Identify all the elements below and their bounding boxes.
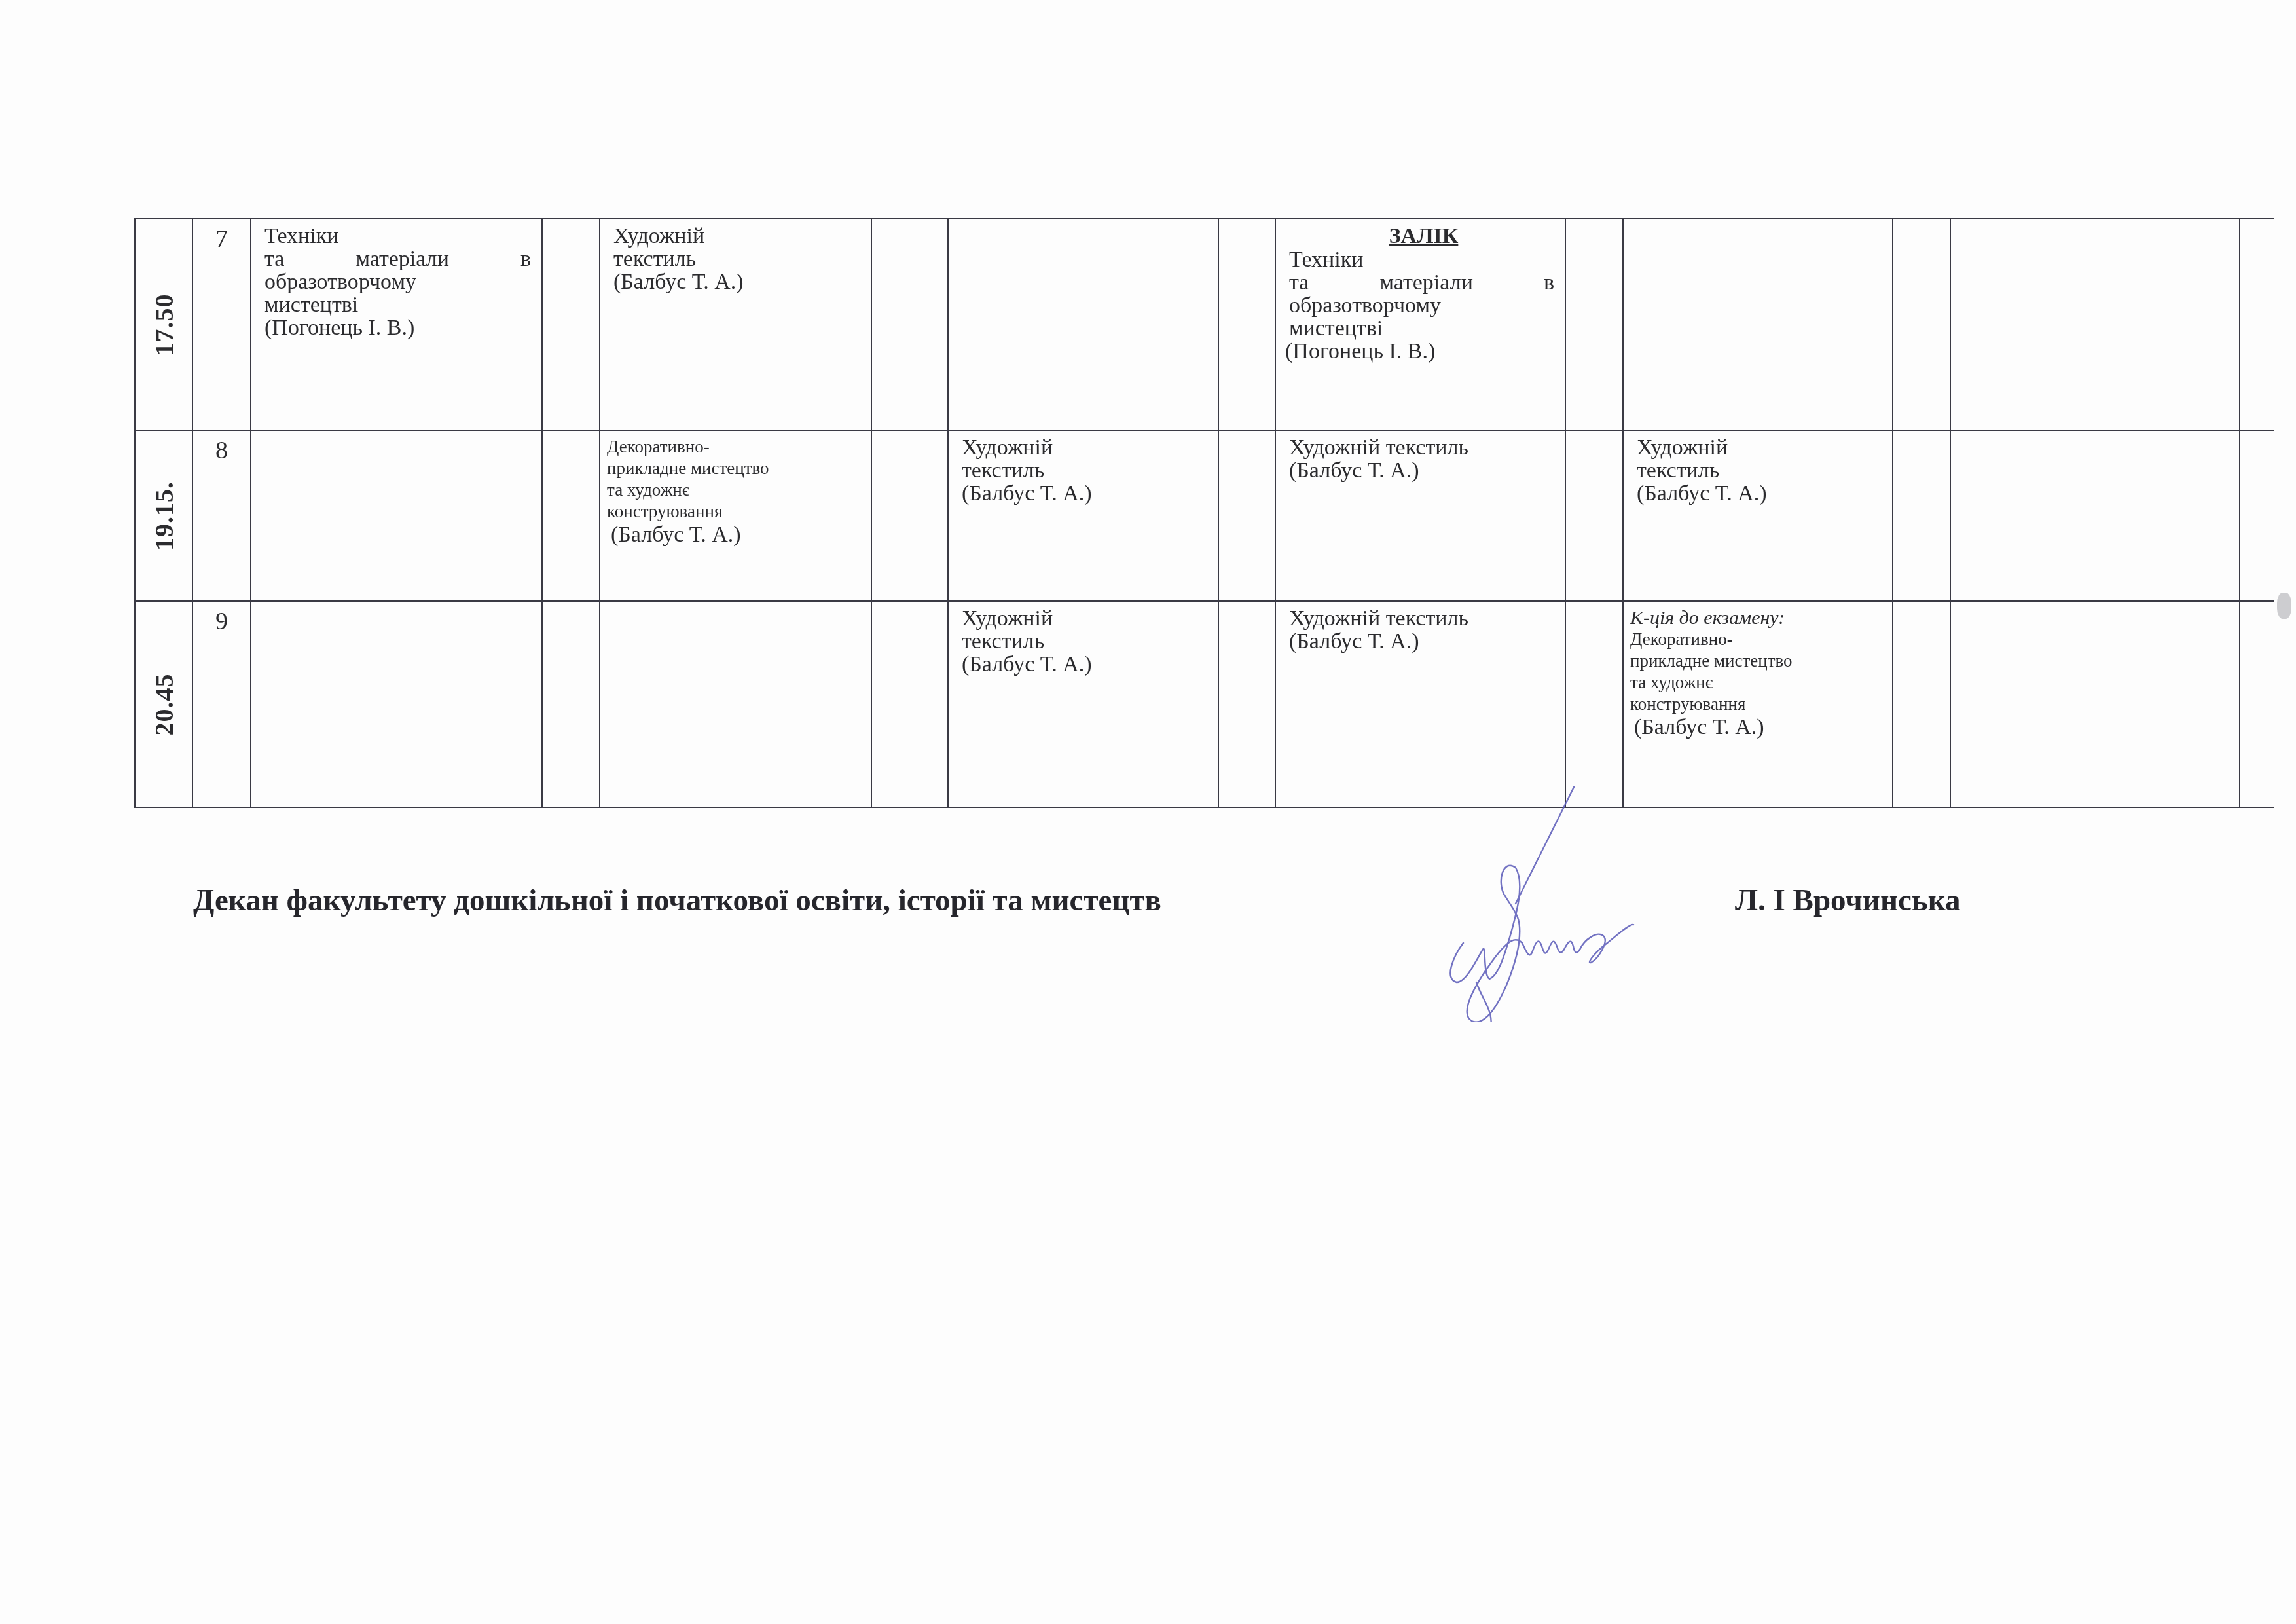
- lesson-number: 9: [192, 601, 251, 807]
- class-cell-consultation: К-ція до екзамену: Декоративно- прикладн…: [1623, 601, 1893, 807]
- empty-cell: [1218, 219, 1275, 430]
- lesson-number: 7: [192, 219, 251, 430]
- class-cell: Декоративно- прикладне мистецтво та худо…: [600, 430, 871, 601]
- table-row: 20.45 9 Художній текстиль (Балбус Т. А.)…: [135, 601, 2274, 807]
- consultation-note: К-ція до екзамену:: [1630, 607, 1886, 629]
- lesson-number: 8: [192, 430, 251, 601]
- class-cell: Художній текстиль (Балбус Т. А.): [600, 219, 871, 430]
- empty-cell: [1218, 430, 1275, 601]
- empty-cell: [1893, 601, 1950, 807]
- class-cell-empty: [1950, 219, 2240, 430]
- empty-cell: [1893, 219, 1950, 430]
- signature-icon: [1437, 786, 1738, 1022]
- dean-name: Л. І Врочинська: [1735, 883, 1961, 918]
- class-cell: Техніки таматеріалив образотворчому мист…: [251, 219, 542, 430]
- class-cell: Художній текстиль (Балбус Т. А.): [948, 430, 1218, 601]
- empty-cell: [1893, 430, 1950, 601]
- time-cell: 20.45: [135, 601, 192, 807]
- empty-cell: [542, 430, 600, 601]
- dean-title: Декан факультету дошкільної і початкової…: [193, 883, 1161, 918]
- schedule-table: 17.50 7 Техніки таматеріалив образотворч…: [134, 218, 2274, 808]
- empty-cell: [542, 601, 600, 807]
- time-cell: 19.15.: [135, 430, 192, 601]
- class-cell-empty: [948, 219, 1218, 430]
- class-cell: Художній текстиль (Балбус Т. А.): [1623, 430, 1893, 601]
- table-row: 19.15. 8 Декоративно- прикладне мистецтв…: [135, 430, 2274, 601]
- empty-cell: [1565, 430, 1623, 601]
- empty-cell: [1565, 601, 1623, 807]
- zalik-heading: ЗАЛІК: [1289, 225, 1558, 248]
- time-cell: 17.50: [135, 219, 192, 430]
- class-cell: Художній текстиль (Балбус Т. А.): [948, 601, 1218, 807]
- class-cell-exam: ЗАЛІК Техніки таматеріалив образотворчом…: [1275, 219, 1565, 430]
- empty-cell: [542, 219, 600, 430]
- cut-off-cell: [2240, 219, 2274, 430]
- empty-cell: [871, 430, 948, 601]
- empty-cell: [871, 219, 948, 430]
- cut-off-cell: [2240, 430, 2274, 601]
- class-cell-empty: [1950, 430, 2240, 601]
- class-cell-empty: [600, 601, 871, 807]
- class-cell-empty: [251, 430, 542, 601]
- empty-cell: [871, 601, 948, 807]
- table-row: 17.50 7 Техніки таматеріалив образотворч…: [135, 219, 2274, 430]
- class-cell-empty: [1623, 219, 1893, 430]
- class-cell: Художній текстиль (Балбус Т. А.): [1275, 430, 1565, 601]
- cut-off-cell: [2240, 601, 2274, 807]
- class-cell-empty: [251, 601, 542, 807]
- empty-cell: [1218, 601, 1275, 807]
- empty-cell: [1565, 219, 1623, 430]
- scanned-schedule-page: 17.50 7 Техніки таматеріалив образотворч…: [0, 0, 2296, 1624]
- class-cell: Художній текстиль (Балбус Т. А.): [1275, 601, 1565, 807]
- class-cell-empty: [1950, 601, 2240, 807]
- scan-smudge: [2277, 593, 2291, 619]
